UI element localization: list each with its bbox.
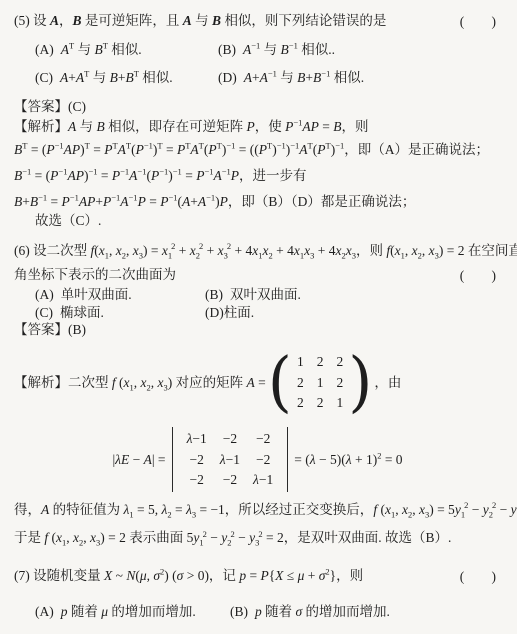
superscript: −1 [268, 69, 277, 79]
text-run: − [468, 502, 482, 517]
subscript: 2 [227, 538, 231, 548]
superscript: −1 [144, 140, 153, 150]
math-var: B [30, 194, 38, 209]
options-row-2: (C) A+AT 与 B+BT 相似. (D) A+A−1 与 B+B−1 相似… [35, 69, 501, 87]
text-run: 随着 [68, 604, 102, 619]
option-d: (D) A+A−1 与 B+B−1 相似. [218, 69, 364, 87]
text-run: = [90, 142, 104, 157]
text-run: 单叶双曲面. [61, 287, 132, 302]
math-var: AP [79, 194, 96, 209]
matrix-3x3: ( 122212221 ) [268, 353, 373, 412]
text-run: , [134, 375, 141, 390]
math-var: A [198, 194, 206, 209]
math-var: A [243, 42, 251, 57]
math-var: B [14, 194, 22, 209]
text-run: = [182, 168, 196, 183]
text-run: = ( [27, 142, 46, 157]
text-run: ( [377, 502, 385, 517]
text-run: 相似.. [298, 42, 335, 57]
text-run: + 4 [273, 243, 294, 258]
math-var: AP [302, 119, 319, 134]
option-label: (B) [218, 41, 236, 59]
text-run: ) = 5 [429, 502, 455, 517]
text-run: 与 [74, 42, 94, 57]
text-run: ，则 [342, 119, 369, 134]
text-run: > 0)，记 [183, 568, 239, 583]
option-b: (B) 双叶双曲面. [205, 286, 301, 304]
math-var: A [118, 142, 126, 157]
options-row-2: (C) 椭球面. (D) 柱面. [35, 304, 501, 322]
math-var: P [151, 168, 159, 183]
math-var: μ [140, 568, 147, 583]
math-var: A [244, 70, 252, 85]
analysis-matrix-line: 【解析】二次型 f (x1, x2, x3) 对应的矩阵 A = ( 12221… [14, 341, 501, 425]
matrix-cell: −2 [187, 451, 207, 469]
option-a: (A) p 随着 μ 的增加而增加. [35, 603, 230, 621]
option-body: A−1 与 B−1 相似.. [243, 41, 335, 59]
text-run: 与 [192, 13, 212, 28]
subscript: 2 [196, 251, 200, 261]
math-var: P [247, 119, 255, 134]
option-label: (D) [205, 304, 224, 322]
subscript: 2 [489, 509, 493, 519]
options-row-1: (A) p 随着 μ 的增加而增加. (B) p 随着 σ 的增加而增加. [35, 603, 501, 621]
math-var: A [260, 70, 268, 85]
subscript: 3 [224, 251, 228, 261]
superscript: −1 [206, 192, 215, 202]
text-run: 柱面. [224, 305, 254, 320]
math-var: AP [67, 168, 84, 183]
option-label: (C) [35, 304, 53, 322]
math-var: P [220, 194, 228, 209]
math-var: B [14, 168, 22, 183]
option-label: (B) [205, 286, 223, 304]
question-stem: (7) 设随机变量 X ~ N(μ, σ2) (σ > 0)，记 p = P{X… [14, 567, 501, 585]
text-run: (6) 设二次型 [14, 243, 91, 258]
matrix-cell: −2 [220, 430, 240, 448]
answer-bracket: ( ) [460, 568, 497, 586]
question-stem-line-2: 角坐标下表示的二次曲面为 ( ) [14, 266, 501, 284]
math-var: λE [115, 452, 129, 467]
text-run: = (( [235, 142, 258, 157]
answer-line: 【答案】(C) [14, 98, 501, 116]
math-var-bold: A [50, 13, 59, 28]
subscript: 1 [461, 509, 465, 519]
text-run: }，则 [330, 568, 363, 583]
analysis-formula-2: B−1 = (P−1AP)−1 = P−1A−1(P−1)−1 = P−1A−1… [14, 167, 501, 185]
text-run: = [163, 142, 177, 157]
math-var: P [259, 142, 267, 157]
option-body: AT 与 BT 相似. [61, 41, 142, 59]
superscript: −1 [289, 40, 298, 50]
text-run: − [235, 530, 249, 545]
text-run: , [395, 502, 402, 517]
option-label: (C) [35, 69, 53, 87]
math-var: P [138, 194, 146, 209]
math-var: P [103, 194, 111, 209]
text-run: ， [59, 13, 73, 28]
text-run: 与 [260, 42, 280, 57]
matrix-cell: −2 [220, 471, 240, 489]
option-c: (C) A+AT 与 B+BT 相似. [35, 69, 218, 87]
text-run: ) 对应的矩阵 [168, 375, 247, 390]
math-var-bold: A [183, 13, 192, 28]
math-var: p [61, 604, 68, 619]
option-label: (A) [35, 286, 54, 304]
matrix-cell: 2 [336, 374, 343, 392]
option-label: (B) [230, 603, 248, 621]
text-run: + [304, 568, 318, 583]
option-label: (A) [35, 603, 54, 621]
math-var: B [110, 70, 118, 85]
text-run: , [405, 243, 412, 258]
option-d: (D) 柱面. [205, 304, 254, 322]
math-var: B [281, 42, 289, 57]
text-run: = ( [294, 452, 309, 467]
superscript: −1 [277, 140, 286, 150]
text-run: 故选（C）. [35, 213, 101, 228]
text-run: + [190, 194, 198, 209]
option-a: (A) 单叶双曲面. [35, 286, 205, 304]
text-run: 相似. [330, 70, 364, 85]
analysis-formula-3: B+B−1 = P−1AP+P−1A−1P = P−1(A+A−1)P，即（B）… [14, 193, 501, 211]
text-run: ，进一步有 [239, 168, 307, 183]
option-body: 柱面. [224, 304, 254, 322]
stem-text: (7) 设随机变量 X ~ N(μ, σ2) (σ > 0)，记 p = P{X… [14, 568, 363, 583]
text-run: , [83, 530, 90, 545]
math-var: A [68, 119, 76, 134]
conclusion-line: 于是 f (x1, x2, x3) = 2 表示曲面 5y12 − y22 − … [14, 529, 501, 547]
analysis-formula-1: BT = (P−1AP)T = PTAT(P−1)T = PTAT(PT)−1 … [14, 141, 501, 159]
matrix-cell: 1 [317, 374, 324, 392]
text-run: ≤ [283, 568, 297, 583]
matrix-cell: 2 [297, 394, 304, 412]
text-run: 相似，即存在可逆矩阵 [105, 119, 247, 134]
text-run: = [246, 568, 260, 583]
matrix-grid: 122212221 [292, 353, 348, 412]
eigenvalue-line: 得，A 的特征值为 λ1 = 5, λ2 = λ3 = −1，所以经过正交变换后… [14, 501, 501, 519]
text-run: 的增加而增加. [108, 604, 196, 619]
text-run: = [172, 502, 186, 517]
text-run: , [126, 243, 133, 258]
det-prefix: |λE − A| = [112, 451, 165, 469]
text-run: + [175, 243, 189, 258]
determinant-grid: λ−1−2−2−2λ−1−2−2−2λ−1 [182, 430, 279, 489]
option-body: p 随着 μ 的增加而增加. [61, 603, 196, 621]
text-run: ) = [143, 243, 162, 258]
text-run: − 5)( [316, 452, 346, 467]
text-run: = 2，是双叶双曲面. 故选（B）. [263, 530, 452, 545]
option-body: A+AT 与 B+BT 相似. [60, 69, 173, 87]
text-run: + [68, 70, 76, 85]
text-run: , [151, 375, 158, 390]
math-var: A [247, 375, 255, 390]
text-run: 的特征值为 [49, 502, 123, 517]
math-var: P [112, 168, 120, 183]
options-row-1: (A) AT 与 BT 相似. (B) A−1 与 B−1 相似.. [35, 41, 501, 59]
text-run: 的增加而增加. [302, 604, 390, 619]
matrix-cell: 2 [336, 353, 343, 371]
superscript: −1 [38, 192, 47, 202]
superscript: −1 [290, 140, 299, 150]
math-var: A [76, 70, 84, 85]
math-var: A [61, 42, 69, 57]
stem-text: 角坐标下表示的二次曲面为 [14, 267, 176, 282]
text-run: = [47, 194, 61, 209]
option-b: (B) A−1 与 B−1 相似.. [218, 41, 335, 59]
math-var: P [231, 168, 239, 183]
determinant-line: |λE − A| = λ−1−2−2−2λ−1−2−2−2λ−1 = (λ − … [14, 427, 501, 493]
math-var: p [255, 604, 262, 619]
math-var: P [62, 194, 70, 209]
math-var: P [46, 142, 54, 157]
superscript: −1 [88, 167, 97, 177]
math-var: B [333, 119, 341, 134]
superscript: −1 [321, 69, 330, 79]
matrix-cell: λ−1 [220, 451, 240, 469]
text-run: ，由 [374, 375, 401, 390]
question-7: (7) 设随机变量 X ~ N(μ, σ2) (σ > 0)，记 p = P{X… [14, 567, 501, 621]
math-var: P [208, 142, 216, 157]
option-c: (C) 椭球面. [35, 304, 205, 322]
text-run: 相似. [108, 42, 142, 57]
text-run: 与 [76, 119, 96, 134]
text-run: , [422, 243, 429, 258]
text-run: 与 [89, 70, 109, 85]
matrix-cell: λ−1 [187, 430, 207, 448]
math-var: P [136, 142, 144, 157]
answer-line: 【答案】(B) [14, 321, 501, 339]
text-run: 得， [14, 502, 41, 517]
math-var: B [14, 142, 22, 157]
text-run: , [412, 502, 419, 517]
math-var: AP [64, 142, 81, 157]
matrix-cell: 2 [297, 374, 304, 392]
superscript: −1 [159, 167, 168, 177]
question-stem: (5) 设 A，B 是可逆矩阵，且 A 与 B 相似，则下列结论错误的是 ( ) [14, 12, 501, 30]
matrix-cell: 1 [336, 394, 343, 412]
option-body: p 随着 σ 的增加而增加. [255, 603, 390, 621]
text-run: (5) 设 [14, 13, 50, 28]
text-run: − [207, 530, 221, 545]
text-run: ，则 [356, 243, 386, 258]
text-run: = 5, [134, 502, 162, 517]
answer-bracket: ( ) [460, 13, 497, 31]
question-6: (6) 设二次型 f(x1, x2, x3) = x12 + x22 + x32… [14, 242, 501, 547]
text-run: = [146, 194, 160, 209]
text-run: 于是 [14, 530, 44, 545]
question-5: (5) 设 A，B 是可逆矩阵，且 A 与 B 相似，则下列结论错误的是 ( )… [14, 12, 501, 230]
document-page: (5) 设 A，B 是可逆矩阵，且 A 与 B 相似，则下列结论错误的是 ( )… [0, 0, 517, 634]
text-run: | = [152, 452, 166, 467]
text-run: + 4 [231, 243, 252, 258]
math-var: X [104, 568, 112, 583]
options-row-1: (A) 单叶双曲面. (B) 双叶双曲面. [35, 286, 501, 304]
text-run: , [109, 243, 116, 258]
text-run: + [203, 243, 217, 258]
analysis-conclusion: 故选（C）. [35, 212, 501, 230]
text-run: ，即（B）（D）都是正确说法； [228, 194, 416, 209]
superscript: −1 [335, 140, 344, 150]
superscript: −1 [222, 167, 231, 177]
subscript: 3 [255, 538, 259, 548]
analysis-intro: 【解析】二次型 f (x1, x2, x3) 对应的矩阵 A = [14, 374, 266, 392]
text-run: 相似，则下列结论错误的是 [221, 13, 386, 28]
det-suffix: = (λ − 5)(λ + 1)2 = 0 [294, 451, 402, 469]
analysis-line-1: 【解析】A 与 B 相似，即存在可逆矩阵 P，使 P−1AP = B，则 [14, 118, 501, 136]
text-run: ~ [112, 568, 126, 583]
left-paren: ( [268, 352, 292, 414]
text-run: 与 [277, 70, 297, 85]
text-run: ，即（A）是正确说法； [344, 142, 489, 157]
text-run: 是可逆矩阵，且 [82, 13, 183, 28]
text-run: 相似. [139, 70, 173, 85]
text-run: − [496, 502, 510, 517]
text-run: 随着 [262, 604, 296, 619]
text-run: ( [116, 375, 124, 390]
math-var: N [126, 568, 135, 583]
math-var: P [177, 142, 185, 157]
option-body: 单叶双曲面. [61, 286, 132, 304]
option-label: (D) [218, 69, 237, 87]
text-run: + [252, 70, 260, 85]
text-run: + [305, 70, 313, 85]
text-run: = [255, 375, 266, 390]
superscript: −1 [173, 167, 182, 177]
math-var: A [190, 142, 198, 157]
math-var: A [41, 502, 49, 517]
text-run: ) ( [164, 568, 176, 583]
question-stem-line-1: (6) 设二次型 f(x1, x2, x3) = x12 + x22 + x32… [14, 242, 501, 260]
answer-bracket: ( ) [460, 267, 497, 285]
text-run: 椭球面. [60, 305, 104, 320]
math-var: B [125, 70, 133, 85]
text-run: = [98, 168, 112, 183]
math-var: A [299, 142, 307, 157]
text-run: 【解析】二次型 [14, 375, 112, 390]
math-var: P [260, 568, 268, 583]
text-run: 【解析】 [14, 119, 68, 134]
matrix-cell: −2 [187, 471, 207, 489]
superscript: −1 [22, 167, 31, 177]
matrix-cell: 2 [317, 353, 324, 371]
text-run: ( [48, 530, 56, 545]
math-var: A [120, 194, 128, 209]
math-var: A [144, 452, 152, 467]
math-var: A [182, 194, 190, 209]
text-run: = 0 [381, 452, 402, 467]
math-var-bold: B [212, 13, 221, 28]
text-run: ，使 [255, 119, 285, 134]
text-run: + [95, 194, 103, 209]
text-run: + [22, 194, 30, 209]
math-var: μ [101, 604, 108, 619]
matrix-cell: 2 [317, 394, 324, 412]
math-var: B [94, 42, 102, 57]
math-var: B [97, 119, 105, 134]
determinant-3x3: λ−1−2−2−2λ−1−2−2−2λ−1 [172, 427, 289, 492]
text-run: − [129, 452, 143, 467]
matrix-cell: −2 [253, 451, 273, 469]
option-body: 双叶双曲面. [230, 286, 301, 304]
subscript: 1 [168, 251, 172, 261]
text-run: = ( [31, 168, 50, 183]
matrix-cell: −2 [253, 430, 273, 448]
right-paren: ) [348, 352, 372, 414]
text-run: ) = 2 在空间直 [439, 243, 517, 258]
text-run: + 1) [352, 452, 378, 467]
matrix-cell: 1 [297, 353, 304, 371]
superscript: −1 [111, 192, 120, 202]
superscript: −1 [129, 192, 138, 202]
text-run: , [66, 530, 73, 545]
subscript: 1 [199, 538, 203, 548]
text-run: = −1，所以经过正交变换后， [196, 502, 373, 517]
superscript: −1 [120, 167, 129, 177]
math-var: A [213, 168, 221, 183]
option-a: (A) AT 与 BT 相似. [35, 41, 218, 59]
superscript: −1 [251, 40, 260, 50]
math-var-bold: B [73, 13, 82, 28]
text-run: + 4 [314, 243, 335, 258]
text-run: 角坐标下表示的二次曲面为 [14, 267, 176, 282]
superscript: −1 [55, 140, 64, 150]
text-run: (7) 设随机变量 [14, 568, 104, 583]
option-body: A+A−1 与 B+B−1 相似. [244, 69, 364, 87]
math-var: A [60, 70, 68, 85]
option-label: (A) [35, 41, 54, 59]
option-body: 椭球面. [60, 304, 104, 322]
matrix-cell: λ−1 [253, 471, 273, 489]
text-run: 双叶双曲面. [230, 287, 301, 302]
text-run: = [319, 119, 333, 134]
text-run: ) = 2 表示曲面 5 [100, 530, 193, 545]
analysis-outro: ，由 [374, 374, 401, 392]
option-b: (B) p 随着 σ 的增加而增加. [230, 603, 390, 621]
stem-text: (5) 设 A，B 是可逆矩阵，且 A 与 B 相似，则下列结论错误的是 [14, 13, 386, 28]
superscript: −1 [70, 192, 79, 202]
